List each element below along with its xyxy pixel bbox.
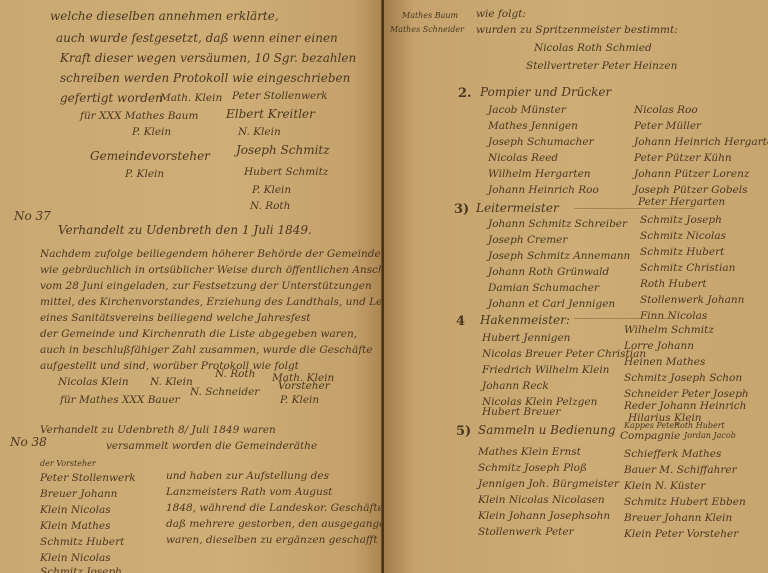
text-line: aufgestellt und sind, worüber Protokoll … — [40, 360, 299, 372]
right-page: Mathes Baum Mathes Schneider wie folgt: … — [384, 0, 768, 573]
section-number: 3) — [454, 204, 469, 216]
member-name: Schmitz Joseph — [40, 566, 122, 573]
signature: P. Klein — [252, 184, 291, 196]
list-item: Schmitz Nicolas — [640, 230, 726, 242]
list-item: Schneider Peter Joseph — [624, 388, 749, 400]
text-line: eines Sanitätsvereins beiliegend welche … — [40, 312, 310, 324]
entry-heading: Verhandelt zu Udenbreth den 1 Juli 1849. — [58, 224, 312, 236]
note: Jordan Jacob — [684, 430, 736, 442]
text-line: wie folgt: — [476, 8, 526, 20]
section-number: 5) — [456, 426, 471, 438]
signature: N. Schneider — [190, 386, 259, 398]
text-line: Lanzmeisters Rath vom August — [166, 486, 332, 498]
signature: P. Klein — [132, 126, 171, 138]
text-line: auch in beschlußfähiger Zahl zusammen, w… — [40, 344, 373, 356]
list-item: Jennigen Joh. Bürgmeister — [478, 478, 619, 490]
member-name: Peter Stollenwerk — [40, 472, 136, 484]
signature: N. Klein — [150, 376, 193, 388]
list-item: Nicolas Roo — [634, 104, 698, 116]
text-line: schreiben werden Protokoll wie eingeschr… — [60, 72, 350, 84]
entry-heading: versammelt worden die Gemeinderäthe — [106, 440, 317, 452]
text-line: wie gebräuchlich in ortsüblicher Weise d… — [40, 264, 401, 276]
member-name: Schmitz Hubert — [40, 536, 124, 548]
text-line: mittel, des Kirchenvorstandes, Erziehung… — [40, 296, 405, 308]
text-line: Nachdem zufolge beiliegendem höherer Beh… — [40, 248, 403, 260]
list-item: Reder Johann Heinrich — [624, 400, 746, 412]
signature: N. Roth — [250, 200, 290, 212]
text-line: welche dieselben annehmen erklärte, — [50, 10, 279, 22]
list-item: Schiefferk Mathes — [624, 448, 721, 460]
appointee: Stellvertreter Peter Heinzen — [526, 60, 677, 72]
list-item: Finn Nicolas — [640, 310, 707, 322]
text-line: waren, dieselben zu ergänzen geschafft — [166, 534, 378, 546]
list-item: Wilhelm Hergarten — [488, 168, 591, 180]
signature: Joseph Schmitz — [236, 144, 330, 156]
list-item: Johann Pützer Lorenz — [634, 168, 749, 180]
office-title: Gemeindevorsteher — [90, 150, 210, 162]
list-item: Peter Hergarten — [638, 196, 725, 208]
list-item: Lorre Johann — [624, 340, 694, 352]
signature: für Mathes XXX Bauer — [60, 394, 180, 406]
list-item: Klein Johann Josephsohn — [478, 510, 610, 522]
open-book: welche dieselben annehmen erklärte, auch… — [0, 0, 768, 573]
note: Kappes Peter — [624, 420, 678, 432]
list-item: Peter Müller — [634, 120, 701, 132]
list-item: Joseph Schmitz Annemann — [488, 250, 630, 262]
section-title: Pompier und Drücker — [480, 86, 611, 98]
signature: P. Klein — [280, 394, 319, 406]
list-item: Hubert Breuer — [482, 406, 560, 418]
list-item: Breuer Johann Klein — [624, 512, 732, 524]
list-item: Roth Hubert — [640, 278, 707, 290]
signature: Nicolas Klein — [58, 376, 129, 388]
list-item: Heinen Mathes — [624, 356, 705, 368]
list-item: Mathes Klein Ernst — [478, 446, 581, 458]
margin-note: Mathes Schneider — [390, 24, 464, 36]
divider — [574, 318, 674, 319]
text-line: der Gemeinde und Kirchenrath die Liste a… — [40, 328, 357, 340]
member-name: Breuer Johann — [40, 488, 117, 500]
text-line: 1848, während die Landeskor. Geschäfte — [166, 502, 384, 514]
list-item: Johann Heinrich Roo — [488, 184, 599, 196]
list-item: Schmitz Joseph — [640, 214, 722, 226]
list-item: Joseph Pützer Gobels — [634, 184, 748, 196]
list-item: Johann et Carl Jennigen — [488, 298, 615, 310]
list-item: Klein N. Küster — [624, 480, 705, 492]
text-line: vom 28 Juni eingeladen, zur Festsetzung … — [40, 280, 372, 292]
text-line: daß mehrere gestorben, den ausgegangen — [166, 518, 392, 530]
list-item: Peter Pützer Kühn — [634, 152, 732, 164]
list-item: Damian Schumacher — [488, 282, 599, 294]
list-item: Bauer M. Schiffahrer — [624, 464, 737, 476]
divider — [574, 208, 694, 209]
section-number: 2. — [458, 88, 472, 100]
text-line: wurden zu Spritzenmeister bestimmt: — [476, 24, 678, 36]
section-title: Sammeln u Bedienung — [478, 424, 616, 436]
entry-heading: Verhandelt zu Udenbreth 8/ Juli 1849 war… — [40, 424, 276, 436]
list-item: Stollenwerk Peter — [478, 526, 574, 538]
section-title: Leitermeister — [476, 202, 559, 214]
list-item: Jacob Münster — [488, 104, 566, 116]
signature: N. Roth — [215, 368, 255, 380]
section-number: 4 — [456, 316, 465, 328]
signature: Hubert Schmitz — [244, 166, 328, 178]
list-item: Schmitz Hubert Ebben — [624, 496, 746, 508]
list-item: Schmitz Joseph Ploß — [478, 462, 587, 474]
list-item: Nicolas Breuer Peter Christian — [482, 348, 646, 360]
list-item: Friedrich Wilhelm Klein — [482, 364, 609, 376]
signature: P. Klein — [125, 168, 164, 180]
signature: Peter Stollenwerk — [232, 90, 328, 102]
text-line: gefertigt worden — [60, 92, 163, 104]
appointee: Nicolas Roth Schmied — [534, 42, 652, 54]
text-line: auch wurde festgesetzt, daß wenn einer e… — [56, 32, 338, 44]
left-page: welche dieselben annehmen erklärte, auch… — [0, 0, 384, 573]
list-item: Joseph Schumacher — [488, 136, 594, 148]
label: der Vorsteher — [40, 458, 96, 470]
list-item: Schmitz Christian — [640, 262, 735, 274]
list-item: Johann Reck — [482, 380, 549, 392]
list-item: Klein Nicolas Nicolasen — [478, 494, 605, 506]
list-item: Wilhelm Schmitz — [624, 324, 714, 336]
list-item: Hubert Jennigen — [482, 332, 570, 344]
signature: N. Klein — [238, 126, 281, 138]
section-title: Hakenmeister: — [480, 314, 570, 326]
text-line: und haben zur Aufstellung des — [166, 470, 329, 482]
list-item: Schmitz Hubert — [640, 246, 724, 258]
margin-note: Mathes Baum — [402, 10, 458, 22]
list-item: Klein Peter Vorsteher — [624, 528, 738, 540]
list-item: Joseph Cremer — [488, 234, 567, 246]
entry-number: No 37 — [14, 210, 51, 222]
list-item: Stollenwerk Johann — [640, 294, 744, 306]
signature: für XXX Mathes Baum — [80, 110, 198, 122]
list-item: Schmitz Joseph Schon — [624, 372, 742, 384]
list-item: Johann Roth Grünwald — [488, 266, 609, 278]
member-name: Klein Mathes — [40, 520, 110, 532]
list-item: Mathes Jennigen — [488, 120, 578, 132]
list-item: Nicolas Reed — [488, 152, 558, 164]
text-line: Kraft dieser wegen versäumen, 10 Sgr. be… — [60, 52, 356, 64]
list-item: Johann Heinrich Hergarten — [634, 136, 768, 148]
member-name: Klein Nicolas — [40, 552, 111, 564]
office-title: Vorsteher — [278, 380, 330, 392]
list-item: Johann Schmitz Schreiber — [488, 218, 627, 230]
signature: Elbert Kreitler — [226, 108, 315, 120]
member-name: Klein Nicolas — [40, 504, 111, 516]
entry-number: No 38 — [10, 436, 47, 448]
signature: Math. Klein — [160, 92, 222, 104]
